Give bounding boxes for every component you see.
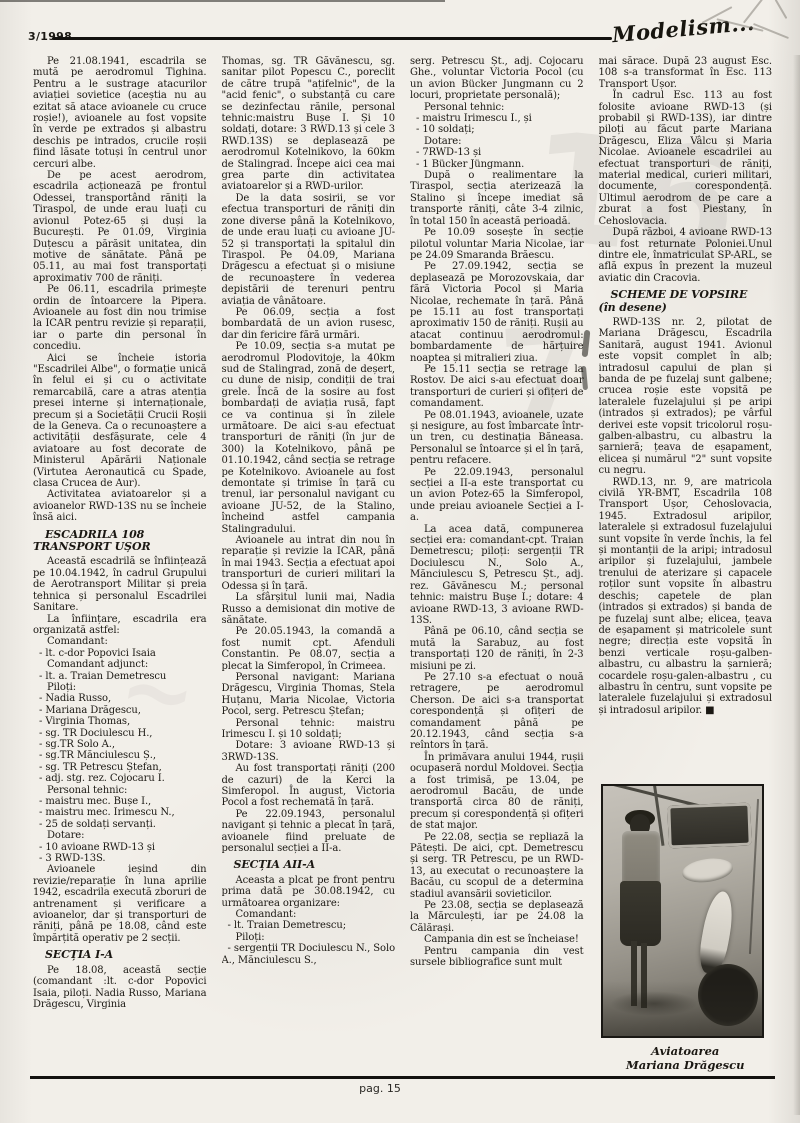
paragraph: - lt. Traian Demetrescu; xyxy=(222,920,396,931)
paragraph: Această escadrilă se înființează pe 10.0… xyxy=(33,556,207,613)
paragraph: Pentru campania din vest sursele bibliog… xyxy=(410,946,584,969)
pen-scribble xyxy=(753,23,789,39)
paragraph: Campania din est se încheiase! xyxy=(410,934,584,945)
paragraph: Dotare: xyxy=(33,830,207,841)
article-column-3: serg. Petrescu Șt., adj. Cojocaru Ghe., … xyxy=(410,56,584,1072)
wheel-spat xyxy=(696,889,737,975)
paragraph: Pe 08.01.1943, avioanele, uzate și nesig… xyxy=(410,410,584,467)
paragraph: mai sărace. După 23 august Esc. 108 s-a … xyxy=(599,56,773,90)
paragraph: Până pe 06.10, când secția se mută la Sa… xyxy=(410,626,584,672)
photo-shadow xyxy=(610,991,697,1016)
paragraph: În primăvara anului 1944, rușii ocupaser… xyxy=(410,752,584,832)
paragraph: serg. Petrescu Șt., adj. Cojocaru Ghe., … xyxy=(410,56,584,102)
photo-caption-line1: Aviatoarea xyxy=(599,1044,773,1058)
paragraph: - 10 avioane RWD-13 și xyxy=(33,842,207,853)
paragraph: Personal tehnic: xyxy=(33,785,207,796)
paragraph: - maistru Irimescu I., și xyxy=(410,113,584,124)
paragraph: Pe 22.08, secția se repliază la Pătești.… xyxy=(410,832,584,900)
magazine-logo: Modelism... xyxy=(611,10,755,47)
section-heading: ESCADRILA 108 TRANSPORT UȘOR xyxy=(33,529,207,554)
paragraph: Pe 15.11 secția se retrage la Rostov. De… xyxy=(410,364,584,410)
paragraph: Pe 18.08, această secție (comandant :lt.… xyxy=(33,965,207,1011)
paragraph: Pe 23.08, secția se deplasează la Mărcul… xyxy=(410,900,584,934)
paragraph: - 3 RWD-13S. xyxy=(33,853,207,864)
paragraph: Thomas, sg. TR Găvănescu, sg. sanitar pi… xyxy=(222,56,396,193)
paragraph: - sg.TR Mănciulescu Ș., xyxy=(33,750,207,761)
paragraph: Pe 06.11, escadrila primește ordin de în… xyxy=(33,284,207,352)
paragraph: - Virginia Thomas, xyxy=(33,716,207,727)
article-column-2: Thomas, sg. TR Găvănescu, sg. sanitar pi… xyxy=(222,56,396,1072)
article-body: Pe 21.08.1941, escadrila se mută pe aero… xyxy=(33,56,772,1072)
pen-scribble xyxy=(775,0,788,19)
paragraph: La înființare, escadrila era organizată … xyxy=(33,614,207,637)
paragraph: Pe 06.09, secția a fost bombardată de un… xyxy=(222,307,396,341)
photo-caption-line2: Mariana Drăgescu xyxy=(599,1058,773,1072)
paragraph: Avioanele ieșind din revizie/reparație î… xyxy=(33,864,207,944)
section-heading: SCHEME DE VOPSIRE (în desene) xyxy=(599,289,773,314)
paragraph: Pe 22.09.1943, personalul secției a II-a… xyxy=(410,467,584,524)
paragraph: - 25 de soldați servanți. xyxy=(33,819,207,830)
paragraph: - maistru mec. Bușe I., xyxy=(33,796,207,807)
paragraph: După o realimentare la Tiraspol, secția … xyxy=(410,170,584,227)
aviator-photo xyxy=(601,784,764,1038)
paragraph: La sfârșitul lunii mai, Nadia Russo a de… xyxy=(222,592,396,626)
paragraph: Aici se încheie istoria "Escadrilei Albe… xyxy=(33,353,207,490)
paragraph: Personal tehnic: maistru Irimescu I. și … xyxy=(222,718,396,741)
paragraph: RWD-13S nr. 2, pilotat de Mariana Drăges… xyxy=(599,317,773,477)
paragraph: Comandant: xyxy=(222,909,396,920)
paragraph: - sergenții TR Dociulescu N., Solo A., M… xyxy=(222,943,396,966)
header-rule xyxy=(52,37,612,40)
paragraph: Activitatea aviatoarelor și a avioanelor… xyxy=(33,489,207,523)
paragraph: - 7RWD-13 și xyxy=(410,147,584,158)
photo-block: Aviatoarea Mariana Drăgescu xyxy=(599,784,773,1072)
paragraph: Pe 27.09.1942, secția se deplasează pe M… xyxy=(410,261,584,364)
paragraph: Pe 10.09, secția s-a mutat pe aerodromul… xyxy=(222,341,396,535)
article-column-4: mai sărace. După 23 august Esc. 108 s-a … xyxy=(599,56,773,1072)
paragraph: Pe 10.09 sosește în secție pilotul volun… xyxy=(410,227,584,261)
photo-caption: Aviatoarea Mariana Drăgescu xyxy=(599,1044,773,1072)
paragraph: - sg. TR Dociulescu H., xyxy=(33,728,207,739)
aviator-silhouette xyxy=(620,881,661,946)
paragraph: - sg.TR Solo A., xyxy=(33,739,207,750)
page-number: pag. 15 xyxy=(0,1082,760,1095)
paragraph: Pe 22.09.1943, personalul navigant și te… xyxy=(222,809,396,855)
aircraft-window xyxy=(667,802,751,847)
paragraph: Piloți: xyxy=(33,682,207,693)
paragraph: Aceasta a plcat pe front pentru prima da… xyxy=(222,875,396,909)
scan-edge-artifact xyxy=(793,55,800,1115)
fuselage-marking xyxy=(681,855,735,884)
paragraph: Pe 27.10 s-a efectuat o nouă retragere, … xyxy=(410,672,584,752)
paragraph: - adj. stg. rez. Cojocaru I. xyxy=(33,773,207,784)
paragraph: După război, 4 avioane RWD-13 au fost re… xyxy=(599,227,773,284)
aviator-silhouette xyxy=(622,831,660,886)
paragraph: Comandant: xyxy=(33,636,207,647)
paragraph: Pe 20.05.1943, la comandă a fost numit c… xyxy=(222,626,396,672)
footer-rule xyxy=(30,1076,775,1079)
paragraph: - maistru mec. Irimescu N., xyxy=(33,807,207,818)
paragraph: Comandant adjunct: xyxy=(33,659,207,670)
paragraph: Personal tehnic: xyxy=(410,102,584,113)
paragraph: Au fost transportați răniți (200 de cazu… xyxy=(222,763,396,809)
scan-edge-artifact xyxy=(0,0,445,2)
paragraph: Dotare: 3 avioane RWD-13 și 3RWD-13S. xyxy=(222,740,396,763)
paragraph: - lt. a. Traian Demetrescu xyxy=(33,671,207,682)
paragraph: În cadrul Esc. 113 au fost folosite avio… xyxy=(599,90,773,227)
paragraph: Dotare: xyxy=(410,136,584,147)
section-heading: SECȚIA I-A xyxy=(33,949,207,961)
paragraph: - Mariana Drăgescu, xyxy=(33,705,207,716)
paragraph: Pe 21.08.1941, escadrila se mută pe aero… xyxy=(33,56,207,170)
paragraph: - lt. c-dor Popovici Isaia xyxy=(33,648,207,659)
paragraph: - 10 soldați; xyxy=(410,124,584,135)
article-column-1: Pe 21.08.1941, escadrila se mută pe aero… xyxy=(33,56,207,1072)
section-heading: SECȚIA AII-A xyxy=(222,859,396,871)
paragraph: Avioanele au intrat din nou în reparație… xyxy=(222,535,396,592)
paragraph: De la data sosirii, se vor efectua trans… xyxy=(222,193,396,307)
magazine-page: 16 7 ~ 3/1998 Modelism... Pe 21.08.1941,… xyxy=(0,0,800,1123)
paragraph: - Nadia Russo, xyxy=(33,693,207,704)
paragraph: La acea dată, compunerea secției era: co… xyxy=(410,524,584,627)
paragraph: Personal navigant: Mariana Drăgescu, Vir… xyxy=(222,672,396,718)
paragraph: RWD.13, nr. 9, are matricola civilă YR-B… xyxy=(599,477,773,717)
paragraph: De pe acest aerodrom, escadrila acționea… xyxy=(33,170,207,284)
paragraph: - sg. TR Petrescu Ștefan, xyxy=(33,762,207,773)
paragraph: Piloți: xyxy=(222,932,396,943)
paragraph: - 1 Bücker Jüngmann. xyxy=(410,159,584,170)
